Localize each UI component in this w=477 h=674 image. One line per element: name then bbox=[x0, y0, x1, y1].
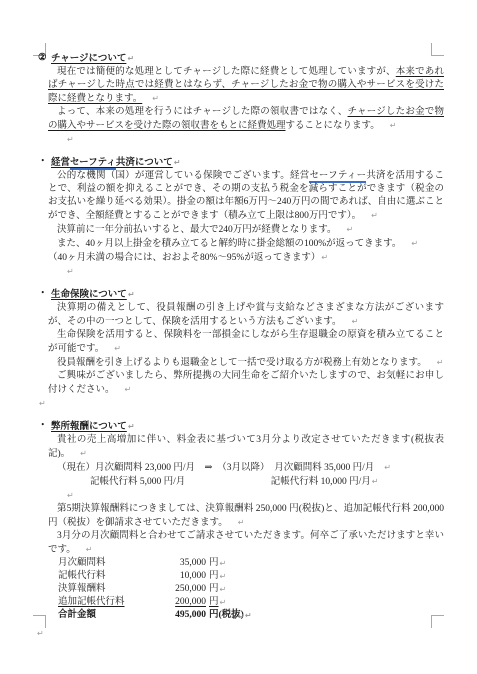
text-run: セーフティー bbox=[309, 171, 366, 183]
text-run: 共済について bbox=[116, 158, 173, 168]
text-run: 生命保険について bbox=[51, 290, 127, 300]
paragraph-return-mark-icon: ↵ bbox=[128, 420, 135, 433]
text-run: また、40ヶ月以上掛金を積み立てると解約時に掛金総額の100%が返ってきます。 bbox=[57, 239, 401, 249]
text-run: 公的な機関（国）が運営している保険でございます。経営 bbox=[57, 171, 309, 181]
fee-amount: 35,000 bbox=[160, 557, 206, 570]
heading-text: チャージについて↵ bbox=[51, 52, 134, 66]
text-run: 記帳代行料 5,000 円/月 記帳代行料 10,000 円/月 bbox=[90, 477, 371, 487]
text-run: 3月分の月次顧問料と合わせてご請求させていただきます。何卒ご了承いただけますと幸… bbox=[48, 531, 444, 555]
paragraph-return-mark-icon: ↵ bbox=[362, 209, 378, 222]
paragraph: 役員報酬を引き上げるよりも退職金として一括で受け取る方が税務上有効となります。↵ bbox=[48, 356, 444, 370]
text-run: することになります。 bbox=[286, 121, 380, 131]
paragraph: 貴社の売上高増加に伴い、料金表に基づいて3月分より改定させていただきます(税抜表… bbox=[48, 434, 444, 461]
paragraph-return-mark-icon: ↵ bbox=[372, 475, 379, 488]
paragraph-return-mark-icon: ↵ bbox=[381, 119, 397, 132]
return-mark-icon: ↵ bbox=[238, 612, 245, 621]
heading-text: 経営セーフティ共済について↵ bbox=[51, 156, 180, 170]
heading-marker: ・ bbox=[38, 288, 51, 302]
fee-row-settlement: 決算報酬料250,000円↵ bbox=[58, 583, 444, 596]
paragraph-return-mark-icon: ↵ bbox=[375, 461, 391, 474]
paragraph-return-mark-icon: ↵ bbox=[174, 156, 181, 169]
paragraph: ご興味がございましたら、弊所提携の大同生命をご紹介いたしますので、お気軽にお申し… bbox=[48, 370, 444, 397]
heading-marker: ・ bbox=[38, 420, 51, 434]
fee-amount: 250,000 bbox=[160, 583, 206, 596]
fee-label: 追加記帳代行料 bbox=[58, 596, 160, 609]
fee-unit: 円 bbox=[209, 583, 219, 596]
paragraph-return-mark-icon: ↵ bbox=[143, 92, 159, 105]
paragraph-return-mark-icon: ↵ bbox=[127, 52, 134, 65]
text-run: 第5期決算報酬料につきましては、決算報酬料 250,000 円(税抜)と、追加記… bbox=[48, 504, 444, 528]
heading-safety-kyosai: ・経営セーフティ共済について↵ bbox=[38, 156, 444, 170]
paragraph-return-mark-icon: ↵ bbox=[58, 489, 74, 502]
paragraph: 3月分の月次顧問料と合わせてご請求させていただきます。何卒ご了承いただけますと幸… bbox=[48, 530, 444, 557]
paragraph-return-mark-icon: ↵ bbox=[220, 596, 227, 609]
paragraph-return-mark-icon: ↵ bbox=[77, 543, 93, 556]
paragraph-return-mark-icon: ↵ bbox=[321, 251, 328, 264]
text-run: よって、本来の処理を行うにはチャージした際の領収書ではなく、 bbox=[57, 107, 348, 117]
heading-life-insurance: ・生命保険について↵ bbox=[38, 288, 444, 302]
heading-marker: ② bbox=[38, 52, 51, 66]
fee-amount: 200,000 bbox=[160, 596, 206, 609]
paragraph: ↵ bbox=[48, 489, 444, 503]
heading-charge: ②チャージについて↵ bbox=[38, 52, 444, 66]
fee-label: 記帳代行料 bbox=[58, 570, 160, 583]
paragraph: ↵ bbox=[48, 133, 444, 147]
paragraph-return-mark-icon: ↵ bbox=[58, 265, 74, 278]
heading-our-fees: ・弊所報酬について↵ bbox=[38, 420, 444, 434]
paragraph-return-mark-icon: ↵ bbox=[402, 237, 418, 250]
paragraph-return-mark-icon: ↵ bbox=[428, 356, 444, 369]
page-number: 5↵ bbox=[0, 611, 477, 621]
paragraph: （現在）月次顧問料 23,000 円/月 ⇒ （3月以降） 月次顧問料 35,0… bbox=[48, 461, 444, 475]
text-run: ご興味がございましたら、弊所提携の大同生命をご紹介いたしますので、お気軽にお申し… bbox=[48, 371, 444, 395]
paragraph-return-mark-icon: ↵ bbox=[116, 383, 132, 396]
paragraph-return-mark-icon: ↵ bbox=[128, 288, 135, 301]
footer-return-mark-icon: ↵ bbox=[37, 629, 44, 638]
paragraph-return-mark-icon: ↵ bbox=[39, 397, 46, 410]
text-run: 弊所報酬について bbox=[51, 422, 127, 432]
paragraph: 決算期の備えとして、役員報酬の引き上げや賞与支給などさまざまな方法がございますが… bbox=[48, 302, 444, 329]
paragraph: 決算前に一年分前払いすると、最大で240万円が経費となります。↵ bbox=[48, 223, 444, 237]
paragraph: 現在では簡便的な処理としてチャージした際に経費として処理していますが、本来であれ… bbox=[48, 66, 444, 106]
fee-row-bookkeeping: 記帳代行料10,000円↵ bbox=[58, 570, 444, 583]
fee-amount: 10,000 bbox=[160, 570, 206, 583]
text-run: 経営 bbox=[51, 158, 70, 168]
fee-label: 決算報酬料 bbox=[58, 583, 160, 596]
paragraph: 公的な機関（国）が運営している保険でございます。経営セーフティー共済を活用するこ… bbox=[48, 170, 444, 223]
paragraph-return-mark-icon: ↵ bbox=[105, 342, 121, 355]
text-run: （40ヶ月未満の場合には、おおよそ80%～95%が返ってきます） bbox=[48, 253, 320, 263]
paragraph: （40ヶ月未満の場合には、おおよそ80%～95%が返ってきます）↵ bbox=[48, 251, 444, 265]
text-run: 貴社の売上高増加に伴い、料金表に基づいて3月分より改定させていただきます(税抜表… bbox=[48, 435, 444, 459]
paragraph: また、40ヶ月以上掛金を積み立てると解約時に掛金総額の100%が返ってきます。↵ bbox=[48, 237, 444, 251]
text-run: 役員報酬を引き上げるよりも退職金として一括で受け取る方が税務上有効となります。 bbox=[57, 358, 427, 368]
text-run: 決算期の備えとして、役員報酬の引き上げや賞与支給などさまざまな方法がございますが… bbox=[48, 303, 444, 327]
text-run: チャージについて bbox=[51, 54, 126, 64]
paragraph: 第5期決算報酬料につきましては、決算報酬料 250,000 円(税抜)と、追加記… bbox=[48, 503, 444, 530]
paragraph: よって、本来の処理を行うにはチャージした際の領収書ではなく、チャージしたお金で物… bbox=[48, 106, 444, 133]
fee-row-extra-bookkeeping: 追加記帳代行料200,000円↵ bbox=[58, 596, 444, 609]
paragraph-return-mark-icon: ↵ bbox=[58, 133, 74, 146]
text-run: 現在では簡便的な処理としてチャージした際に経費として処理していますが、 bbox=[57, 67, 396, 77]
heading-text: 弊所報酬について↵ bbox=[51, 420, 135, 434]
text-run: 決算前に一年分前払いすると、最大で240万円が経費となります。 bbox=[57, 225, 337, 235]
text-run: （現在）月次顧問料 23,000 円/月 ⇒ （3月以降） 月次顧問料 35,0… bbox=[57, 463, 374, 473]
paragraph: ↵ bbox=[38, 397, 444, 411]
paragraph-return-mark-icon: ↵ bbox=[338, 223, 354, 236]
heading-text: 生命保険について↵ bbox=[51, 288, 135, 302]
fee-label: 月次顧問料 bbox=[58, 557, 160, 570]
paragraph-return-mark-icon: ↵ bbox=[220, 557, 227, 570]
paragraph-return-mark-icon: ↵ bbox=[343, 315, 359, 328]
paragraph: 生命保険を活用すると、保険料を一部損金にしながら生存退職金の原資を積み立てること… bbox=[48, 329, 444, 356]
paragraph-return-mark-icon: ↵ bbox=[220, 570, 227, 583]
paragraph-return-mark-icon: ↵ bbox=[71, 447, 87, 460]
fee-unit: 円 bbox=[209, 596, 219, 609]
fee-row-monthly-advisory: 月次顧問料35,000円↵ bbox=[58, 557, 444, 570]
fee-unit: 円 bbox=[209, 570, 219, 583]
paragraph: 記帳代行料 5,000 円/月 記帳代行料 10,000 円/月↵ bbox=[90, 475, 444, 489]
document-page: ②チャージについて↵現在では簡便的な処理としてチャージした際に経費として処理して… bbox=[0, 0, 477, 674]
heading-marker: ・ bbox=[38, 156, 51, 170]
text-run: セーフティ bbox=[70, 158, 116, 170]
paragraph: ↵ bbox=[48, 265, 444, 279]
fee-unit: 円 bbox=[209, 557, 219, 570]
document-body: ②チャージについて↵現在では簡便的な処理としてチャージした際に経費として処理して… bbox=[38, 52, 444, 622]
paragraph-return-mark-icon: ↵ bbox=[220, 583, 227, 596]
paragraph-return-mark-icon: ↵ bbox=[229, 516, 245, 529]
